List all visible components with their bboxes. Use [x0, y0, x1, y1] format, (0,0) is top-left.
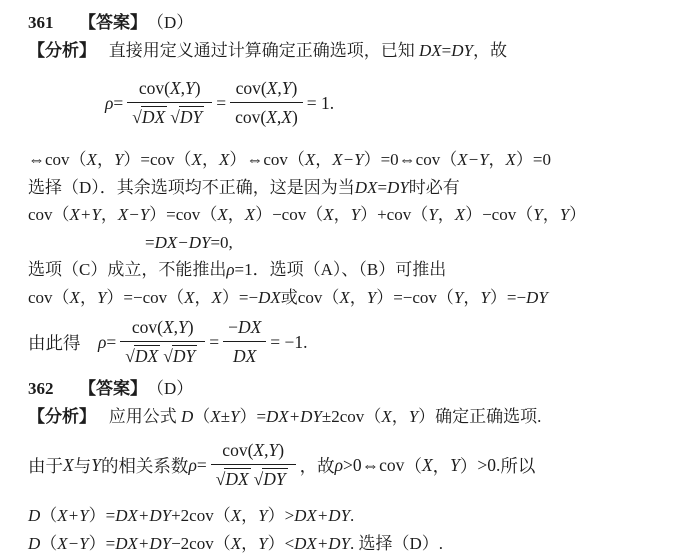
square-root: √DY: [254, 469, 288, 490]
covariance-expansion-line: cov（X+Y，X−Y）=cov（X，X）−cov（X，Y）+cov（Y，X）−…: [28, 201, 694, 229]
square-root: √DY: [170, 107, 204, 128]
covariance-expansion-result-line: =DX−DY=0,: [28, 229, 694, 257]
fraction: cov(X,Y)√DX√DY: [211, 440, 296, 490]
square-root: √DX: [216, 469, 251, 490]
fraction: cov(X,Y)√DX√DY: [127, 78, 212, 128]
document-page: 361 【答案】 （D） 【分析】 直接用定义通过计算确定正确选项，已知 DX=…: [0, 0, 694, 557]
equivalence-chain-line: ⇔cov（X，Y）=cov（X，X）⇔cov（X，X−Y）=0⇔cov（X−Y，…: [28, 146, 694, 174]
option-c-line: 选项（C）成立，不能推出ρ=1．选项（A）、（B）可推出: [28, 256, 694, 284]
choose-d-line: 选择（D）．其余选项均不正确，这是因为当DX=DY时必有: [28, 174, 694, 202]
formula-rho-equals-minus-one: 由此得 ρ = cov(X,Y)√DX√DY = −DXDX = −1.: [28, 315, 694, 369]
problem-362-header: 362 【答案】 （D）: [28, 375, 694, 403]
problem-361-analysis: 【分析】 直接用定义通过计算确定正确选项，已知 DX=DY，故: [28, 37, 694, 65]
square-root: √DX: [132, 107, 167, 128]
formula-correlation-coefficient: 由于X与Y的相关系数ρ = cov(X,Y)√DX√DY，故ρ>0⇔cov（X，…: [28, 436, 694, 494]
problem-362-analysis: 【分析】 应用公式 D（X±Y）=DX+DY±2cov（X，Y）确定正确选项.: [28, 403, 694, 431]
square-root: √DY: [163, 346, 197, 367]
square-root: √DX: [125, 346, 160, 367]
fraction: cov(X,Y)√DX√DY: [120, 317, 205, 367]
variance-sum-line: D（X+Y）=DX+DY+2cov（X，Y）>DX+DY.: [28, 502, 694, 530]
fraction: −DXDX: [223, 317, 266, 367]
fraction: cov(X,Y)cov(X,X): [230, 78, 303, 128]
option-ab-line: cov（X，Y）=−cov（X，X）=−DX或cov（X，Y）=−cov（Y，Y…: [28, 284, 694, 312]
formula-rho-equals-one: ρ = cov(X,Y)√DX√DY = cov(X,Y)cov(X,X) = …: [28, 74, 694, 132]
problem-361-header: 361 【答案】 （D）: [28, 9, 694, 37]
variance-difference-line: D（X−Y）=DX+DY−2cov（X，Y）<DX+DY. 选择（D）.: [28, 530, 694, 557]
